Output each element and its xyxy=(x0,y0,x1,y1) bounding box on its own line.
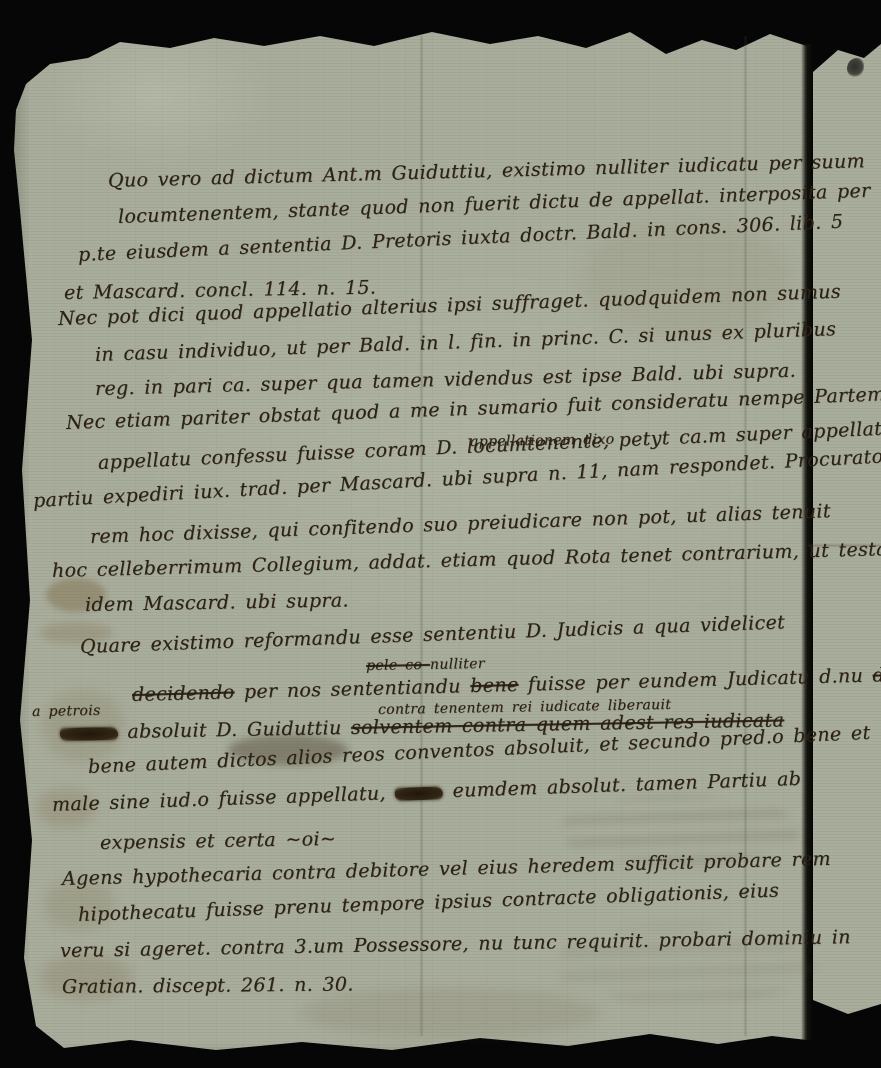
manuscript-text-segment: nulliter xyxy=(430,656,485,673)
scribbled-out-word xyxy=(395,786,443,801)
manuscript-text-segment: male sine iud.o fuisse appellatu, xyxy=(52,782,396,816)
struck-text-segment: bene xyxy=(470,674,519,697)
manuscript-text-segment: Quare existimo reformandu esse sententiu… xyxy=(80,611,786,658)
manuscript-text-segment: eumdem absolut. tamen Partiu ab xyxy=(443,768,802,802)
handwriting-layer: Quo vero ad dictum Ant.m Guiduttiu, exis… xyxy=(0,0,881,1068)
manuscript-line: rem hoc dixisse, qui confitendo suo prei… xyxy=(90,500,832,548)
manuscript-line: Gratian. discept. 261. n. 30. xyxy=(62,973,354,998)
manuscript-line: veru si ageret. contra 3.um Possessore, … xyxy=(60,926,851,962)
struck-text-segment: decidendo xyxy=(132,681,235,706)
manuscript-scan: Quo vero ad dictum Ant.m Guiduttiu, exis… xyxy=(0,0,881,1068)
manuscript-text-segment: veru si ageret. contra 3.um Possessore, … xyxy=(60,926,851,962)
manuscript-line: male sine iud.o fuisse appellatu, eumdem… xyxy=(52,768,802,816)
manuscript-line: a petrois xyxy=(32,703,101,720)
manuscript-text-segment: a petrois xyxy=(32,703,101,720)
manuscript-line: Quare existimo reformandu esse sententiu… xyxy=(80,611,786,658)
manuscript-text-segment: fuisse per eundem Judicatu d.nu xyxy=(518,665,873,696)
struck-text-segment: debere xyxy=(872,663,881,687)
manuscript-line: pele co nulliter xyxy=(366,656,485,674)
manuscript-line: idem Mascard. ubi supra. xyxy=(85,589,349,616)
scribbled-out-word xyxy=(60,726,118,740)
manuscript-text-segment: in casu individuo, ut per Bald. in l. fi… xyxy=(95,318,837,366)
manuscript-text-segment: idem Mascard. ubi supra. xyxy=(85,589,349,616)
manuscript-text-segment: expensis et certa ~oi~ xyxy=(100,828,337,854)
manuscript-text-segment: Gratian. discept. 261. n. 30. xyxy=(62,973,354,998)
manuscript-text-segment: rem hoc dixisse, qui confitendo suo prei… xyxy=(90,500,832,548)
manuscript-line: in casu individuo, ut per Bald. in l. fi… xyxy=(95,318,837,366)
manuscript-line: expensis et certa ~oi~ xyxy=(100,828,337,854)
manuscript-text-segment: absoluit D. Guiduttiu xyxy=(118,717,351,743)
manuscript-text-segment: per nos sententiandu xyxy=(234,675,470,703)
struck-text-segment: pele co xyxy=(366,657,430,674)
